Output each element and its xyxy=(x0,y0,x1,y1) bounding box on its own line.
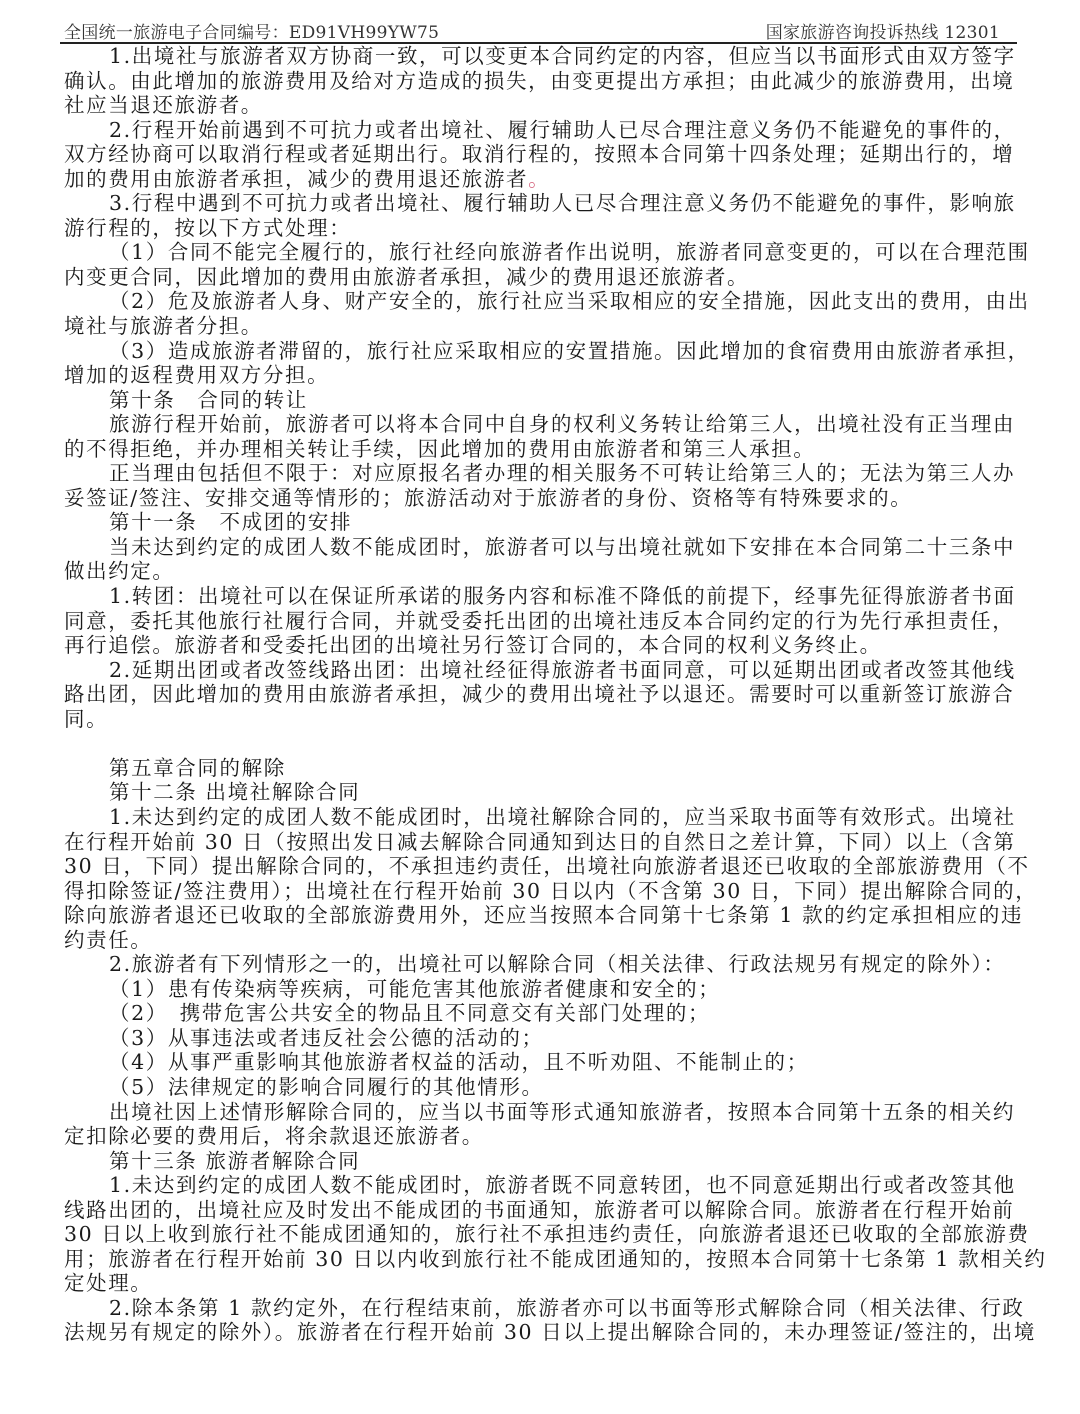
line-text: 定扣除必要的费用后，将余款退还旅游者。 xyxy=(64,1124,484,1148)
text-line: 双方经协商可以取消行程或者延期出行。取消行程的，按照本合同第十四条处理；延期出行… xyxy=(64,142,1024,167)
line-text: 第十条 合同的转让 xyxy=(109,388,308,412)
text-line: 的不得拒绝，并办理相关转让手续，因此增加的费用由旅游者和第三人承担。 xyxy=(64,437,1024,462)
text-line: 游行程的，按以下方式处理： xyxy=(64,216,1024,241)
text-line: 1.未达到约定的成团人数不能成团时，旅游者既不同意转团，也不同意延期出行或者改签… xyxy=(64,1173,1024,1198)
text-line: 2.除本条第 1 款约定外，在行程结束前，旅游者亦可以书面等形式解除合同（相关法… xyxy=(64,1296,1024,1321)
text-line: 1.未达到约定的成团人数不能成团时，出境社解除合同的，应当采取书面等有效形式。出… xyxy=(64,805,1024,830)
contract-number: 全国统一旅游电子合同编号：ED91VH99YW75 xyxy=(64,18,439,43)
line-text: 30 日以上收到旅行社不能成团通知的，旅行社不承担违约责任，向旅游者退还已收取的… xyxy=(64,1222,1030,1246)
line-text: 2.除本条第 1 款约定外，在行程结束前，旅游者亦可以书面等形式解除合同（相关法… xyxy=(109,1296,1025,1320)
line-text: 当未达到约定的成团人数不能成团时，旅游者可以与出境社就如下安排在本合同第二十三条… xyxy=(109,535,1015,559)
line-text: （2）危及旅游者人身、财产安全的，旅行社应当采取相应的安全措施，因此支出的费用，… xyxy=(109,289,1030,313)
text-line: （1）合同不能完全履行的，旅行社经向旅游者作出说明，旅游者同意变更的，可以在合理… xyxy=(64,240,1024,265)
line-text: 路出团，因此增加的费用由旅游者承担，减少的费用出境社予以退还。需要时可以重新签订… xyxy=(64,682,1014,706)
line-text: （2） 携带危害公共安全的物品且不同意交有关部门处理的； xyxy=(109,1001,710,1025)
text-line: （2）危及旅游者人身、财产安全的，旅行社应当采取相应的安全措施，因此支出的费用，… xyxy=(64,289,1024,314)
line-text: 第十二条 出境社解除合同 xyxy=(109,780,360,804)
text-line: 路出团，因此增加的费用由旅游者承担，减少的费用出境社予以退还。需要时可以重新签订… xyxy=(64,682,1024,707)
text-line: 加的费用由旅游者承担，减少的费用退还旅游者。 xyxy=(64,167,1024,192)
text-line: 定处理。 xyxy=(64,1271,1024,1296)
blank-line xyxy=(64,731,1024,756)
line-text: 3.行程中遇到不可抗力或者出境社、履行辅助人已尽合理注意义务仍不能避免的事件，影… xyxy=(109,191,1016,215)
line-text: 妥签证/签注、安排交通等情形的；旅游活动对于旅游者的身份、资格等有特殊要求的。 xyxy=(64,486,912,510)
line-text: 定处理。 xyxy=(64,1271,152,1295)
text-line: 第十条 合同的转让 xyxy=(64,388,1024,413)
text-line: 做出约定。 xyxy=(64,559,1024,584)
line-text: 出境社因上述情形解除合同的，应当以书面等形式通知旅游者，按照本合同第十五条的相关… xyxy=(109,1100,1015,1124)
line-text: 法规另有规定的除外）。旅游者在行程开始前 30 日以上提出解除合同的，未办理签证… xyxy=(64,1320,1036,1344)
text-line: （1）患有传染病等疾病，可能危害其他旅游者健康和安全的； xyxy=(64,977,1024,1002)
line-text: 加的费用由旅游者承担，减少的费用退还旅游者 xyxy=(64,167,528,191)
line-text: 第十三条 旅游者解除合同 xyxy=(109,1149,360,1173)
line-text: 2.旅游者有下列情形之一的，出境社可以解除合同（相关法律、行政法规另有规定的除外… xyxy=(109,952,1006,976)
text-line: 增加的返程费用双方分担。 xyxy=(64,363,1024,388)
contract-body: 1.出境社与旅游者双方协商一致，可以变更本合同约定的内容，但应当以书面形式由双方… xyxy=(64,44,1024,1345)
line-text: 增加的返程费用双方分担。 xyxy=(64,363,329,387)
text-line: 定扣除必要的费用后，将余款退还旅游者。 xyxy=(64,1124,1024,1149)
text-line: 3.行程中遇到不可抗力或者出境社、履行辅助人已尽合理注意义务仍不能避免的事件，影… xyxy=(64,191,1024,216)
text-line: 第五章合同的解除 xyxy=(64,756,1024,781)
text-line: （2） 携带危害公共安全的物品且不同意交有关部门处理的； xyxy=(64,1001,1024,1026)
line-text: 第五章合同的解除 xyxy=(109,756,286,780)
line-text: 确认。由此增加的旅游费用及给对方造成的损失，由变更提出方承担；由此减少的旅游费用… xyxy=(64,69,1014,93)
text-line: 同意，委托其他旅行社履行合同，并就受委托出团的出境社违反本合同约定的行为先行承担… xyxy=(64,609,1024,634)
line-text: （1）患有传染病等疾病，可能危害其他旅游者健康和安全的； xyxy=(109,977,720,1001)
text-line: 内变更合同，因此增加的费用由旅游者承担，减少的费用退还旅游者。 xyxy=(64,265,1024,290)
red-punctuation-mark: 。 xyxy=(528,167,550,191)
line-text: 1.未达到约定的成团人数不能成团时，出境社解除合同的，应当采取书面等有效形式。出… xyxy=(109,805,1016,829)
line-text: 同意，委托其他旅行社履行合同，并就受委托出团的出境社违反本合同约定的行为先行承担… xyxy=(64,609,1014,633)
text-line: 用；旅游者在行程开始前 30 日以内收到旅行社不能成团通知的，按照本合同第十七条… xyxy=(64,1247,1024,1272)
text-line: 30 日以上收到旅行社不能成团通知的，旅行社不承担违约责任，向旅游者退还已收取的… xyxy=(64,1222,1024,1247)
text-line: 同。 xyxy=(64,707,1024,732)
text-line: 30 日，下同）提出解除合同的，不承担违约责任，出境社向旅游者退还已收取的全部旅… xyxy=(64,854,1024,879)
text-line: 正当理由包括但不限于：对应原报名者办理的相关服务不可转让给第三人的；无法为第三人… xyxy=(64,461,1024,486)
text-line: 约责任。 xyxy=(64,928,1024,953)
line-text: （5）法律规定的影响合同履行的其他情形。 xyxy=(109,1075,544,1099)
line-text: 除向旅游者退还已收取的全部旅游费用外，还应当按照本合同第十七条第 1 款的约定承… xyxy=(64,903,1023,927)
text-line: 第十一条 不成团的安排 xyxy=(64,510,1024,535)
text-line: 妥签证/签注、安排交通等情形的；旅游活动对于旅游者的身份、资格等有特殊要求的。 xyxy=(64,486,1024,511)
line-text: 社应当退还旅游者。 xyxy=(64,93,263,117)
text-line: 旅游行程开始前，旅游者可以将本合同中自身的权利义务转让给第三人，出境社没有正当理… xyxy=(64,412,1024,437)
line-text: 境社与旅游者分担。 xyxy=(64,314,263,338)
line-text: 游行程的，按以下方式处理： xyxy=(64,216,351,240)
text-line: 2.旅游者有下列情形之一的，出境社可以解除合同（相关法律、行政法规另有规定的除外… xyxy=(64,952,1024,977)
line-text: 内变更合同，因此增加的费用由旅游者承担，减少的费用退还旅游者。 xyxy=(64,265,749,289)
text-line: 2.延期出团或者改签线路出团：出境社经征得旅游者书面同意，可以延期出团或者改签其… xyxy=(64,658,1024,683)
line-text: 正当理由包括但不限于：对应原报名者办理的相关服务不可转让给第三人的；无法为第三人… xyxy=(109,461,1015,485)
text-line: 境社与旅游者分担。 xyxy=(64,314,1024,339)
line-text: 第十一条 不成团的安排 xyxy=(109,510,352,534)
text-line: （3）从事违法或者违反社会公德的活动的； xyxy=(64,1026,1024,1051)
text-line: （3）造成旅游者滞留的，旅行社应采取相应的安置措施。因此增加的食宿费用由旅游者承… xyxy=(64,339,1024,364)
page-header: 全国统一旅游电子合同编号：ED91VH99YW75 国家旅游咨询投诉热线 123… xyxy=(64,14,1014,40)
text-line: 法规另有规定的除外）。旅游者在行程开始前 30 日以上提出解除合同的，未办理签证… xyxy=(64,1320,1024,1345)
line-text: 同。 xyxy=(64,707,108,731)
text-line: 1.转团：出境社可以在保证所承诺的服务内容和标准不降低的前提下，经事先征得旅游者… xyxy=(64,584,1024,609)
line-text: 做出约定。 xyxy=(64,559,175,583)
line-text: （3）从事违法或者违反社会公德的活动的； xyxy=(109,1026,544,1050)
text-line: 再行追偿。旅游者和受委托出团的出境社另行签订合同的，本合同的权利义务终止。 xyxy=(64,633,1024,658)
line-text: 2.延期出团或者改签线路出团：出境社经征得旅游者书面同意，可以延期出团或者改签其… xyxy=(109,658,1016,682)
line-text: （1）合同不能完全履行的，旅行社经向旅游者作出说明，旅游者同意变更的，可以在合理… xyxy=(109,240,1030,264)
complaint-hotline: 国家旅游咨询投诉热线 12301 xyxy=(766,18,1000,43)
line-text: 在行程开始前 30 日（按照出发日减去解除合同通知到达日的自然日之差计算，下同）… xyxy=(64,830,1016,854)
line-text: 30 日，下同）提出解除合同的，不承担违约责任，出境社向旅游者退还已收取的全部旅… xyxy=(64,854,1030,878)
line-text: 的不得拒绝，并办理相关转让手续，因此增加的费用由旅游者和第三人承担。 xyxy=(64,437,815,461)
line-text: 1.出境社与旅游者双方协商一致，可以变更本合同约定的内容，但应当以书面形式由双方… xyxy=(109,44,1016,68)
text-line: 出境社因上述情形解除合同的，应当以书面等形式通知旅游者，按照本合同第十五条的相关… xyxy=(64,1100,1024,1125)
line-text: 2.行程开始前遇到不可抗力或者出境社、履行辅助人已尽合理注意义务仍不能避免的事件… xyxy=(109,118,1016,142)
text-line: 除向旅游者退还已收取的全部旅游费用外，还应当按照本合同第十七条第 1 款的约定承… xyxy=(64,903,1024,928)
text-line: 当未达到约定的成团人数不能成团时，旅游者可以与出境社就如下安排在本合同第二十三条… xyxy=(64,535,1024,560)
text-line: （4）从事严重影响其他旅游者权益的活动，且不听劝阻、不能制止的； xyxy=(64,1050,1024,1075)
line-text: 再行追偿。旅游者和受委托出团的出境社另行签订合同的，本合同的权利义务终止。 xyxy=(64,633,882,657)
line-text: 用；旅游者在行程开始前 30 日以内收到旅行社不能成团通知的，按照本合同第十七条… xyxy=(64,1247,1047,1271)
text-line: 第十三条 旅游者解除合同 xyxy=(64,1149,1024,1174)
line-text: 双方经协商可以取消行程或者延期出行。取消行程的，按照本合同第十四条处理；延期出行… xyxy=(64,142,1014,166)
line-text: 1.转团：出境社可以在保证所承诺的服务内容和标准不降低的前提下，经事先征得旅游者… xyxy=(109,584,1016,608)
text-line: 1.出境社与旅游者双方协商一致，可以变更本合同约定的内容，但应当以书面形式由双方… xyxy=(64,44,1024,69)
text-line: 得扣除签证/签注费用）；出境社在行程开始前 30 日以内（不含第 30 日，下同… xyxy=(64,879,1024,904)
line-text: 约责任。 xyxy=(64,928,152,952)
line-text: 线路出团的，出境社应及时发出不能成团的书面通知，旅游者可以解除合同。旅游者在行程… xyxy=(64,1198,1014,1222)
line-text: 旅游行程开始前，旅游者可以将本合同中自身的权利义务转让给第三人，出境社没有正当理… xyxy=(109,412,1015,436)
text-line: 线路出团的，出境社应及时发出不能成团的书面通知，旅游者可以解除合同。旅游者在行程… xyxy=(64,1198,1024,1223)
text-line: （5）法律规定的影响合同履行的其他情形。 xyxy=(64,1075,1024,1100)
text-line: 在行程开始前 30 日（按照出发日减去解除合同通知到达日的自然日之差计算，下同）… xyxy=(64,830,1024,855)
line-text: （3）造成旅游者滞留的，旅行社应采取相应的安置措施。因此增加的食宿费用由旅游者承… xyxy=(109,339,1030,363)
text-line: 社应当退还旅游者。 xyxy=(64,93,1024,118)
text-line: 第十二条 出境社解除合同 xyxy=(64,780,1024,805)
text-line: 确认。由此增加的旅游费用及给对方造成的损失，由变更提出方承担；由此减少的旅游费用… xyxy=(64,69,1024,94)
line-text: 1.未达到约定的成团人数不能成团时，旅游者既不同意转团，也不同意延期出行或者改签… xyxy=(109,1173,1016,1197)
line-text: （4）从事严重影响其他旅游者权益的活动，且不听劝阻、不能制止的； xyxy=(109,1050,809,1074)
text-line: 2.行程开始前遇到不可抗力或者出境社、履行辅助人已尽合理注意义务仍不能避免的事件… xyxy=(64,118,1024,143)
line-text: 得扣除签证/签注费用）；出境社在行程开始前 30 日以内（不含第 30 日，下同… xyxy=(64,879,1037,903)
